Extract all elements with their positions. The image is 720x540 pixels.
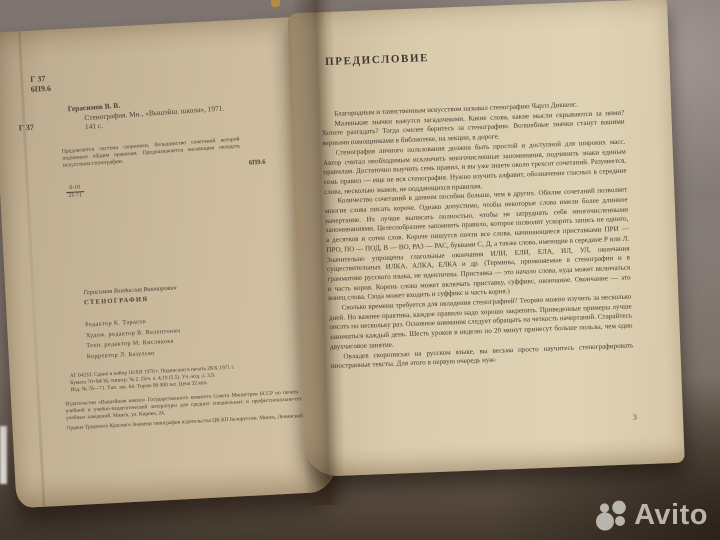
catalog-code-line2: 6П9.6 bbox=[31, 84, 52, 95]
preface-body: Благородным и таинственным искусством на… bbox=[321, 99, 634, 372]
book-photo: Г 37 6П9.6 Г 37 Герасимов В. В. Стеногра… bbox=[0, 0, 720, 540]
photo-edge-artifact bbox=[0, 426, 7, 484]
publisher-block: Издательство «Вышэйшая школа» Государств… bbox=[65, 388, 324, 435]
annotation-text: Предлагается система скорописи, большинс… bbox=[62, 136, 241, 170]
credits-block: Редактор К. Тарасов Худож. редактор В. В… bbox=[85, 315, 182, 362]
author-full-name: Герасимов Владислав Викторович bbox=[83, 283, 177, 297]
avito-logo-icon bbox=[595, 500, 629, 531]
index-fraction: 6-10 21-71 bbox=[66, 184, 84, 200]
catalog-codes: Г 37 6П9.6 bbox=[30, 74, 51, 95]
page-number: 3 bbox=[633, 412, 637, 421]
bookmark-tab bbox=[271, 0, 280, 7]
avito-watermark: Avito bbox=[595, 499, 708, 532]
annotation-code: 6П9.6 bbox=[249, 159, 266, 167]
preface-heading: ПРЕДИСЛОВИЕ bbox=[325, 52, 429, 68]
bibliographic-citation: Герасимов В. В. Стенография. Мн., «Вышэй… bbox=[67, 93, 225, 132]
preface-paragraph: Количество сочетаний в данном пособии бо… bbox=[324, 186, 631, 304]
catalog-code-side: Г 37 bbox=[19, 123, 35, 133]
index-fraction-bottom: 21-71 bbox=[66, 191, 84, 200]
book-title: СТЕНОГРАФИЯ bbox=[84, 296, 149, 306]
right-page: ПРЕДИСЛОВИЕ Благородным и таинственным и… bbox=[287, 0, 685, 477]
page-crease bbox=[18, 31, 46, 507]
avito-wordmark: Avito bbox=[634, 499, 708, 532]
